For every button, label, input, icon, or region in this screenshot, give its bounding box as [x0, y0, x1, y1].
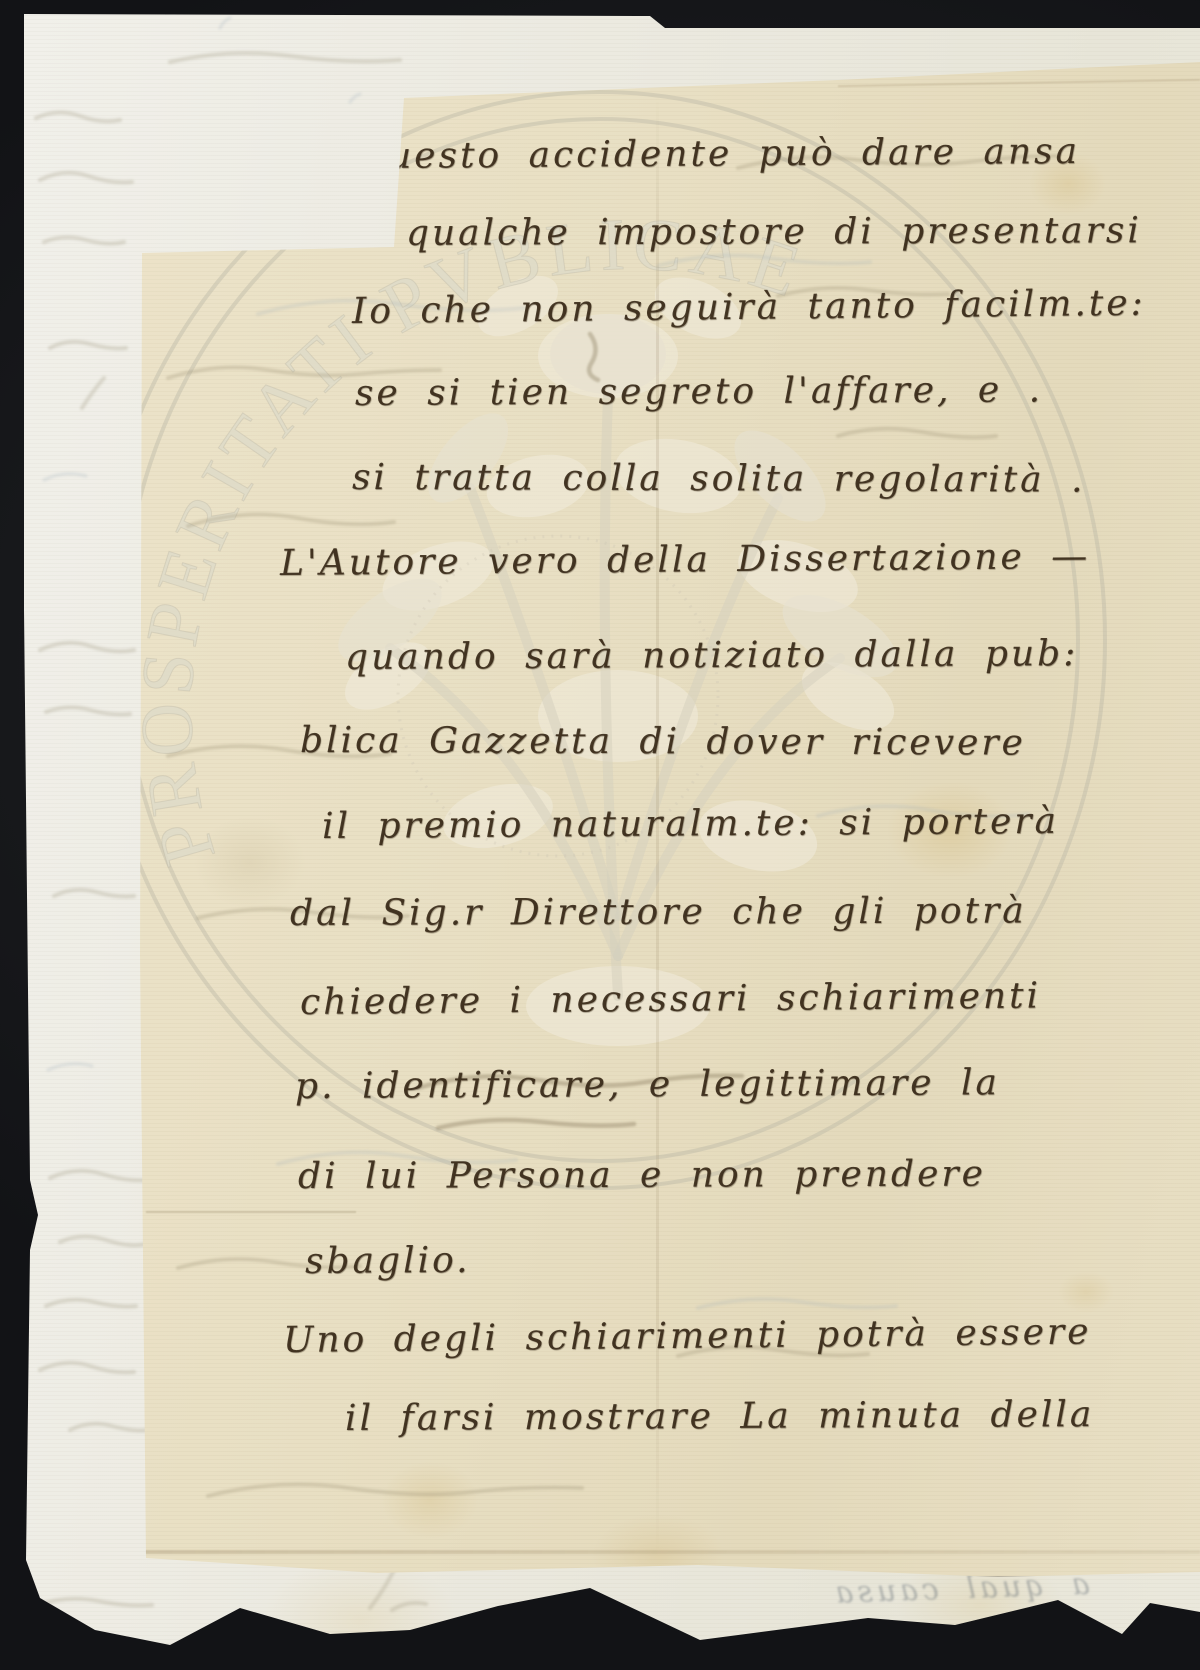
- horizontal-crease: [146, 1211, 356, 1213]
- scan-background: { "scan": { "background_color": "#141518…: [0, 0, 1200, 1670]
- manuscript-line-11: chiedere i necessari schiarimenti: [300, 976, 1041, 1023]
- manuscript-line-15: Uno degli schiarimenti potrà essere: [283, 1312, 1092, 1361]
- letter-page: PROSPERITATI PVBLICAE: [138, 56, 1200, 1576]
- manuscript-line-12: p. identificare, e legittimare la: [295, 1062, 1000, 1107]
- manuscript-line-1: questo accidente può dare ansa: [362, 131, 1080, 177]
- manuscript-line-8: blica Gazzetta di dover ricevere: [300, 720, 1026, 764]
- manuscript-line-6: L'Autore vero della Dissertazione —: [280, 536, 1091, 584]
- manuscript-line-2: a qualche impostore di presentarsi: [355, 210, 1142, 254]
- manuscript-line-5: si tratta colla solita regolarità .: [352, 457, 1086, 501]
- manuscript-line-4: se si tien segreto l'affare, e .: [355, 369, 1043, 414]
- manuscript-line-14: sbaglio.: [305, 1240, 471, 1282]
- manuscript-line-10: dal Sig.r Direttore che gli potrà: [290, 890, 1027, 934]
- manuscript-line-16: il farsi mostrare La minuta della: [345, 1394, 1095, 1439]
- manuscript-line-3: Io che non seguirà tanto facilm.te:: [352, 283, 1146, 332]
- manuscript-line-7: quando sarà notiziato dalla pub:: [345, 633, 1079, 678]
- manuscript-line-9: il premio naturalm.te: si porterà: [322, 801, 1059, 847]
- bottom-fold-line: [138, 1550, 1200, 1554]
- manuscript-line-13: di lui Persona e non prendere: [298, 1154, 986, 1197]
